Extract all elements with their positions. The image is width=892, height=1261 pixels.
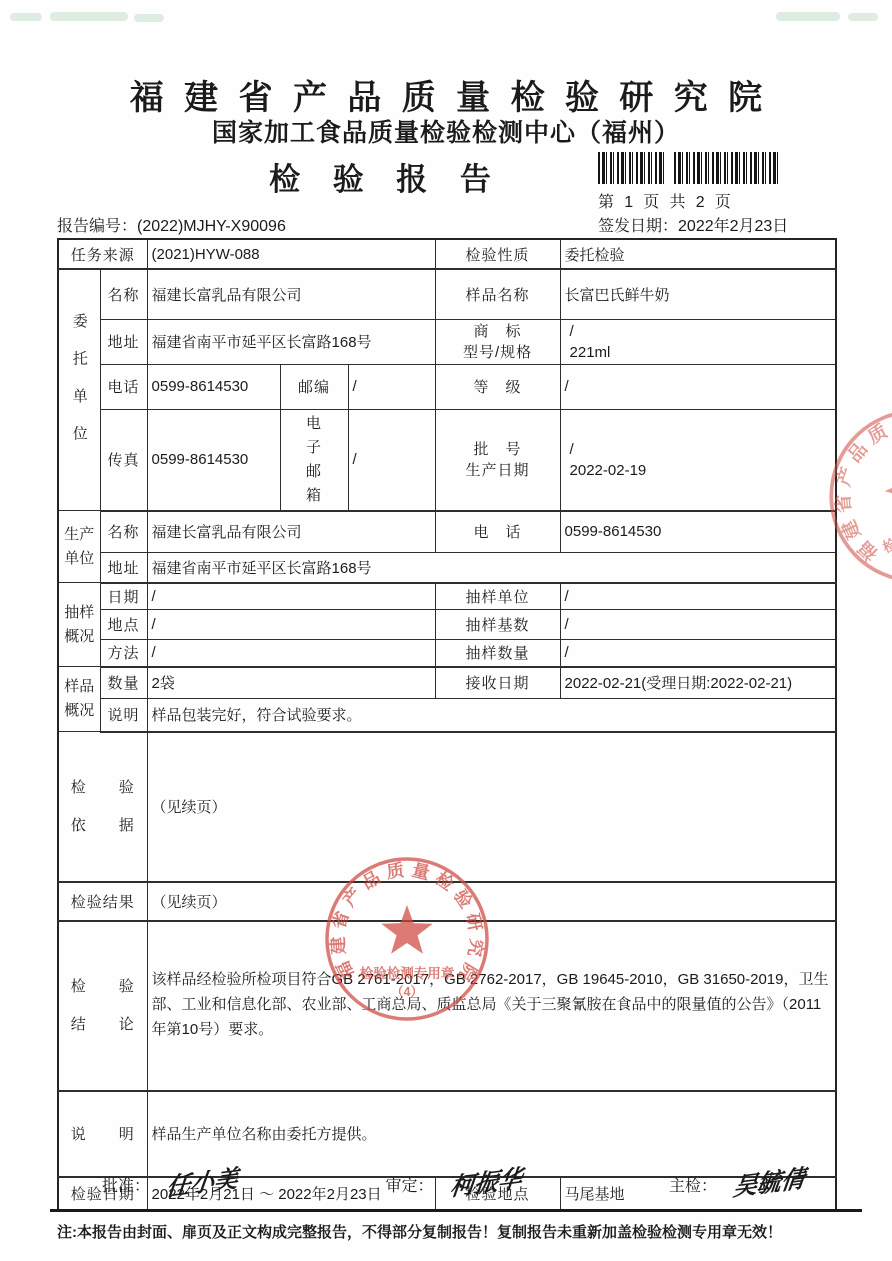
table-row: 电话 0599-8614530 邮编 / 等 级 / <box>58 364 836 409</box>
chief-inspector-label: 主检： <box>669 1173 717 1196</box>
model-spec-label: 型号/规格 <box>436 342 560 363</box>
manufacturer-phone-label: 电 话 <box>435 511 560 553</box>
approver-label: 批准： <box>102 1173 150 1196</box>
received-date-label: 接收日期 <box>435 667 560 699</box>
manufacturer-address-label: 地址 <box>100 553 147 583</box>
report-form-table: 任务来源 (2021)HYW-088 检验性质 委托检验 委托单位 名称 福建长… <box>57 238 837 1212</box>
batch-no-value: / <box>561 439 836 460</box>
sampling-group-label: 抽样概况 <box>58 583 100 667</box>
scan-mark <box>10 13 42 21</box>
sampling-quantity-value: / <box>560 640 836 667</box>
production-date-label: 生产日期 <box>436 460 560 481</box>
client-postcode-label: 邮编 <box>280 364 348 409</box>
batch-no-label: 批 号 <box>436 439 560 460</box>
table-row: 说明 样品包装完好，符合试验要求。 <box>58 699 836 732</box>
results-label: 检验结果 <box>58 882 147 921</box>
seal-line-text: 检验检测专用章 <box>880 503 892 557</box>
manufacturer-name-value: 福建长富乳品有限公司 <box>147 511 435 553</box>
model-spec-value: 221ml <box>561 342 836 363</box>
table-row: 传真 0599-8614530 电子邮箱 / 批 号 生产日期 / 2022-0… <box>58 409 836 511</box>
client-phone-label: 电话 <box>100 364 147 409</box>
trademark-label: 商 标 <box>436 321 560 342</box>
issue-date-line: 签发日期：2022年2月23日 <box>598 213 788 236</box>
batch-proddate-labels: 批 号 生产日期 <box>435 409 560 511</box>
table-row: 地点 / 抽样基数 / <box>58 610 836 640</box>
manufacturer-group-label: 生产单位 <box>58 511 100 583</box>
reviewer-signature: 柯振华 <box>448 1158 524 1203</box>
inspection-nature-label: 检验性质 <box>435 239 560 269</box>
conclusion-label: 检 验 结 论 <box>58 921 147 1091</box>
issue-date-label: 签发日期： <box>598 218 678 235</box>
trademark-modelspec-labels: 商 标 型号/规格 <box>435 319 560 364</box>
trademark-value: / <box>561 321 836 342</box>
table-row: 任务来源 (2021)HYW-088 检验性质 委托检验 <box>58 239 836 269</box>
report-number-value: (2022)MJHY-X90096 <box>137 218 286 235</box>
signature-row: 批准： 任小美 审定： 柯振华 主检： 吴毓倩 <box>57 1158 835 1210</box>
table-row: 地址 福建省南平市延平区长富路168号 商 标 型号/规格 / 221ml <box>58 319 836 364</box>
sampling-base-label: 抽样基数 <box>435 610 560 640</box>
chief-inspector-signature-group: 主检： 吴毓倩 <box>669 1167 805 1202</box>
sample-quantity-value: 2袋 <box>147 667 435 699</box>
scan-mark <box>134 14 164 22</box>
sampling-date-value: / <box>147 583 435 610</box>
client-address-label: 地址 <box>100 319 147 364</box>
chief-inspector-signature: 吴毓倩 <box>732 1158 808 1203</box>
barcode <box>598 152 780 184</box>
received-date-value: 2022-02-21(受理日期:2022-02-21) <box>560 667 836 699</box>
approver-signature-group: 批准： 任小美 <box>102 1167 238 1202</box>
basis-value: （见续页） <box>147 732 836 882</box>
page-indicator: 第 1 页 共 2 页 <box>598 189 734 212</box>
sampling-org-label: 抽样单位 <box>435 583 560 610</box>
sample-quantity-label: 数量 <box>100 667 147 699</box>
client-postcode-value: / <box>348 364 435 409</box>
table-row: 样品概况 数量 2袋 接收日期 2022-02-21(受理日期:2022-02-… <box>58 667 836 699</box>
manufacturer-phone-value: 0599-8614530 <box>560 511 836 553</box>
client-fax-label: 传真 <box>100 409 147 511</box>
batch-proddate-values: / 2022-02-19 <box>560 409 836 511</box>
grade-value: / <box>560 364 836 409</box>
task-source-label: 任务来源 <box>58 239 147 269</box>
sampling-place-value: / <box>147 610 435 640</box>
approver-signature: 任小美 <box>165 1158 241 1203</box>
client-fax-value: 0599-8614530 <box>147 409 280 511</box>
table-row: 方法 / 抽样数量 / <box>58 640 836 667</box>
manufacturer-address-value: 福建省南平市延平区长富路168号 <box>147 553 836 583</box>
client-email-value: / <box>348 409 435 511</box>
footer-note: 注:本报告由封面、扉页及正文构成完整报告，不得部分复制报告！复制报告未重新加盖检… <box>57 1222 863 1243</box>
report-number-label: 报告编号： <box>57 218 137 235</box>
issue-date-value: 2022年2月23日 <box>678 218 788 235</box>
table-row: 生产单位 名称 福建长富乳品有限公司 电 话 0599-8614530 <box>58 511 836 553</box>
table-row: 委托单位 名称 福建长富乳品有限公司 样品名称 长富巴氏鲜牛奶 <box>58 269 836 319</box>
seal-star-icon <box>877 452 892 520</box>
client-phone-value: 0599-8614530 <box>147 364 280 409</box>
grade-label: 等 级 <box>435 364 560 409</box>
report-page: 福建省产品质量检验研究院 国家加工食品质量检验检测中心（福州） 检验报告 第 1… <box>0 0 892 1261</box>
sampling-method-value: / <box>147 640 435 667</box>
task-source-value: (2021)HYW-088 <box>147 239 435 269</box>
sampling-method-label: 方法 <box>100 640 147 667</box>
table-row: 检 验 依 据 （见续页） <box>58 732 836 882</box>
reviewer-signature-group: 审定： 柯振华 <box>385 1167 521 1202</box>
sample-overview-group-label: 样品概况 <box>58 667 100 732</box>
table-row: 检验结果 （见续页） <box>58 882 836 921</box>
scan-mark <box>848 13 878 21</box>
table-row: 抽样概况 日期 / 抽样单位 / <box>58 583 836 610</box>
results-value: （见续页） <box>147 882 836 921</box>
table-row: 地址 福建省南平市延平区长富路168号 <box>58 553 836 583</box>
client-name-label: 名称 <box>100 269 147 319</box>
client-address-value: 福建省南平市延平区长富路168号 <box>147 319 435 364</box>
trademark-modelspec-values: / 221ml <box>560 319 836 364</box>
conclusion-value: 该样品经检验所检项目符合GB 2761-2017，GB 2762-2017，GB… <box>147 921 836 1091</box>
inspection-nature-value: 委托检验 <box>560 239 836 269</box>
sampling-place-label: 地点 <box>100 610 147 640</box>
table-row: 检 验 结 论 该样品经检验所检项目符合GB 2761-2017，GB 2762… <box>58 921 836 1091</box>
manufacturer-name-label: 名称 <box>100 511 147 553</box>
sample-note-value: 样品包装完好，符合试验要求。 <box>147 699 836 732</box>
production-date-value: 2022-02-19 <box>561 460 836 481</box>
sampling-date-label: 日期 <box>100 583 147 610</box>
reviewer-label: 审定： <box>385 1173 433 1196</box>
sampling-quantity-label: 抽样数量 <box>435 640 560 667</box>
footer-rule <box>50 1209 862 1212</box>
client-name-value: 福建长富乳品有限公司 <box>147 269 435 319</box>
testing-center-name: 国家加工食品质量检验检测中心（福州） <box>0 113 892 149</box>
client-group-label: 委托单位 <box>58 269 100 511</box>
sampling-org-value: / <box>560 583 836 610</box>
sample-name-value: 长富巴氏鲜牛奶 <box>560 269 836 319</box>
scan-mark <box>50 12 128 21</box>
client-email-label: 电子邮箱 <box>280 409 348 511</box>
report-number-line: 报告编号：(2022)MJHY-X90096 <box>57 213 286 236</box>
sample-name-label: 样品名称 <box>435 269 560 319</box>
basis-label: 检 验 依 据 <box>58 732 147 882</box>
sample-note-label: 说明 <box>100 699 147 732</box>
institute-name: 福建省产品质量检验研究院 <box>0 70 892 119</box>
sampling-base-value: / <box>560 610 836 640</box>
scan-mark <box>776 12 840 21</box>
